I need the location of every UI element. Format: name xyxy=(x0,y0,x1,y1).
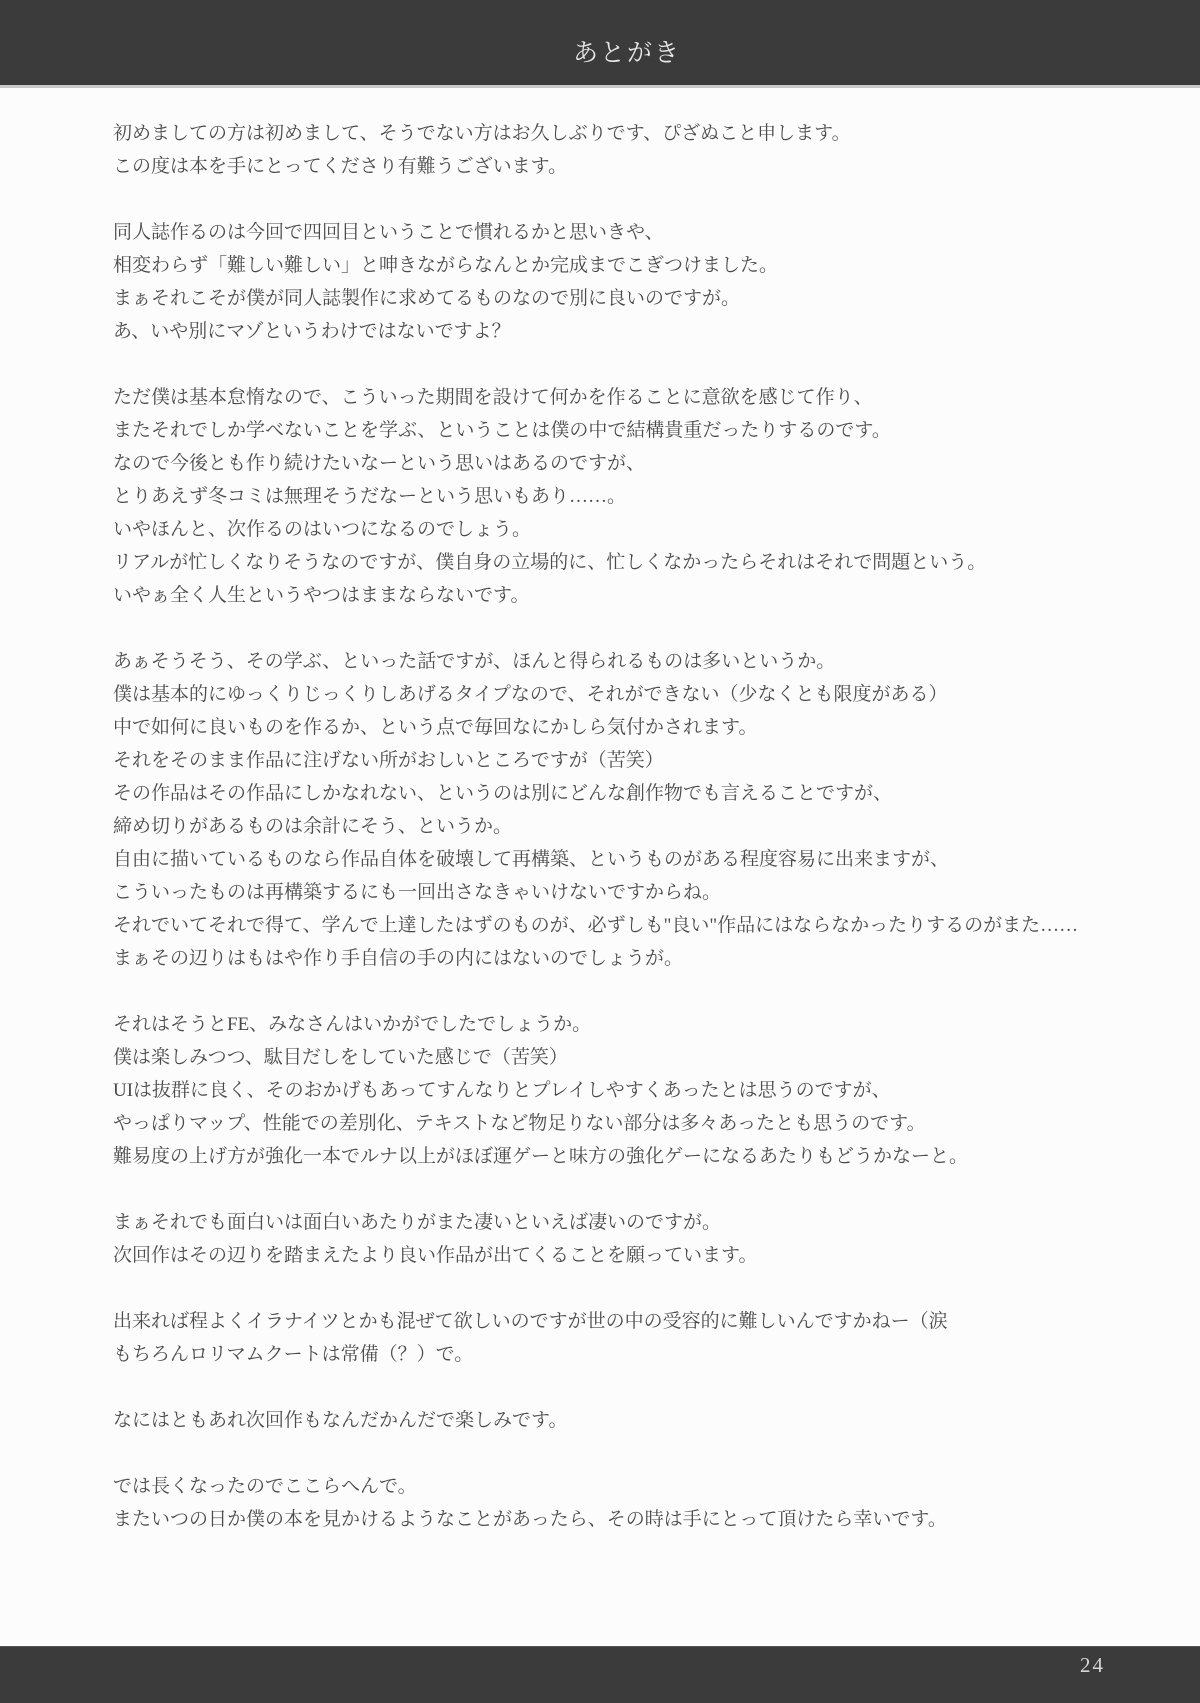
page-footer-bar: 24 xyxy=(0,1646,1200,1703)
text-line: それでいてそれで得て、学んで上達したはずのものが、必ずしも"良い"作品にはならな… xyxy=(113,909,1145,942)
text-line: 相変わらず「難しい難しい」と呻きながらなんとか完成までこぎつけました。 xyxy=(113,249,1145,282)
text-line: では長くなったのでここらへんで。 xyxy=(113,1470,1145,1503)
paragraph: 同人誌作るのは今回で四回目ということで慣れるかと思いきや、相変わらず「難しい難し… xyxy=(113,216,1145,348)
text-line: あ、いや別にマゾというわけではないですよ？ xyxy=(113,315,1145,348)
text-line: あぁそうそう、その学ぶ、といった話ですが、ほんと得られるものは多いというか。 xyxy=(113,645,1145,678)
text-line: 同人誌作るのは今回で四回目ということで慣れるかと思いきや、 xyxy=(113,216,1145,249)
paragraph: あぁそうそう、その学ぶ、といった話ですが、ほんと得られるものは多いというか。僕は… xyxy=(113,645,1145,975)
text-line: この度は本を手にとってくださり有難うございます。 xyxy=(113,150,1145,183)
text-line: まぁそれでも面白いは面白いあたりがまた凄いといえば凄いのですが。 xyxy=(113,1206,1145,1239)
text-line: リアルが忙しくなりそうなのですが、僕自身の立場的に、忙しくなかったらそれはそれで… xyxy=(113,546,1145,579)
text-line: ただ僕は基本怠惰なので、こういった期間を設けて何かを作ることに意欲を感じて作り、 xyxy=(113,381,1145,414)
page-title: あとがき xyxy=(573,33,681,69)
page-header-bar: あとがき xyxy=(0,0,1200,88)
text-line: 初めましての方は初めまして、そうでない方はお久しぶりです、ぴざぬこと申します。 xyxy=(113,117,1145,150)
paragraph: 出来れば程よくイラナイツとかも混ぜて欲しいのですが世の中の受容的に難しいんですか… xyxy=(113,1305,1145,1371)
text-line: 僕は楽しみつつ、駄目だしをしていた感じで（苦笑） xyxy=(113,1041,1145,1074)
text-line: もちろんロリマムクートは常備（？）で。 xyxy=(113,1338,1145,1371)
text-line: 次回作はその辺りを踏まえたより良い作品が出てくることを願っています。 xyxy=(113,1239,1145,1272)
text-line: いやぁ全く人生というやつはままならないです。 xyxy=(113,579,1145,612)
text-line: こういったものは再構築するにも一回出さなきゃいけないですからね。 xyxy=(113,876,1145,909)
text-line: まぁそれこそが僕が同人誌製作に求めてるものなので別に良いのですが。 xyxy=(113,282,1145,315)
text-line: またいつの日か僕の本を見かけるようなことがあったら、その時は手にとって頂けたら幸… xyxy=(113,1503,1145,1536)
paragraph: ただ僕は基本怠惰なので、こういった期間を設けて何かを作ることに意欲を感じて作り、… xyxy=(113,381,1145,612)
paragraph: まぁそれでも面白いは面白いあたりがまた凄いといえば凄いのですが。次回作はその辺り… xyxy=(113,1206,1145,1272)
paragraph: では長くなったのでここらへんで。またいつの日か僕の本を見かけるようなことがあった… xyxy=(113,1470,1145,1536)
text-line: なにはともあれ次回作もなんだかんだで楽しみです。 xyxy=(113,1404,1145,1437)
text-line: まぁその辺りはもはや作り手自信の手の内にはないのでしょうが。 xyxy=(113,942,1145,975)
text-line: 難易度の上げ方が強化一本でルナ以上がほぼ運ゲーと味方の強化ゲーになるあたりもどう… xyxy=(113,1140,1145,1173)
page-number: 24 xyxy=(1080,1653,1105,1678)
paragraph: 初めましての方は初めまして、そうでない方はお久しぶりです、ぴざぬこと申します。こ… xyxy=(113,117,1145,183)
text-line: なので今後とも作り続けたいなーという思いはあるのですが、 xyxy=(113,447,1145,480)
text-line: とりあえず冬コミは無理そうだなーという思いもあり……。 xyxy=(113,480,1145,513)
text-line: それはそうとFE、みなさんはいかがでしたでしょうか。 xyxy=(113,1008,1145,1041)
afterword-body: 初めましての方は初めまして、そうでない方はお久しぶりです、ぴざぬこと申します。こ… xyxy=(0,88,1200,1569)
paragraph: なにはともあれ次回作もなんだかんだで楽しみです。 xyxy=(113,1404,1145,1437)
text-line: それをそのまま作品に注げない所がおしいところですが（苦笑） xyxy=(113,744,1145,777)
scanned-afterword-page: あとがき 初めましての方は初めまして、そうでない方はお久しぶりです、ぴざぬこと申… xyxy=(0,0,1200,1703)
text-line: またそれでしか学べないことを学ぶ、ということは僕の中で結構貴重だったりするのです… xyxy=(113,414,1145,447)
text-line: 僕は基本的にゆっくりじっくりしあげるタイプなので、それができない（少なくとも限度… xyxy=(113,678,1145,711)
text-line: 出来れば程よくイラナイツとかも混ぜて欲しいのですが世の中の受容的に難しいんですか… xyxy=(113,1305,1145,1338)
text-line: 自由に描いているものなら作品自体を破壊して再構築、というものがある程度容易に出来… xyxy=(113,843,1145,876)
text-line: 締め切りがあるものは余計にそう、というか。 xyxy=(113,810,1145,843)
text-line: 中で如何に良いものを作るか、という点で毎回なにかしら気付かされます。 xyxy=(113,711,1145,744)
text-line: いやほんと、次作るのはいつになるのでしょう。 xyxy=(113,513,1145,546)
text-line: やっぱりマップ、性能での差別化、テキストなど物足りない部分は多々あったとも思うの… xyxy=(113,1107,1145,1140)
paragraph: それはそうとFE、みなさんはいかがでしたでしょうか。僕は楽しみつつ、駄目だしをし… xyxy=(113,1008,1145,1173)
text-line: UIは抜群に良く、そのおかげもあってすんなりとプレイしやすくあったとは思うのです… xyxy=(113,1074,1145,1107)
text-line: その作品はその作品にしかなれない、というのは別にどんな創作物でも言えることですが… xyxy=(113,777,1145,810)
